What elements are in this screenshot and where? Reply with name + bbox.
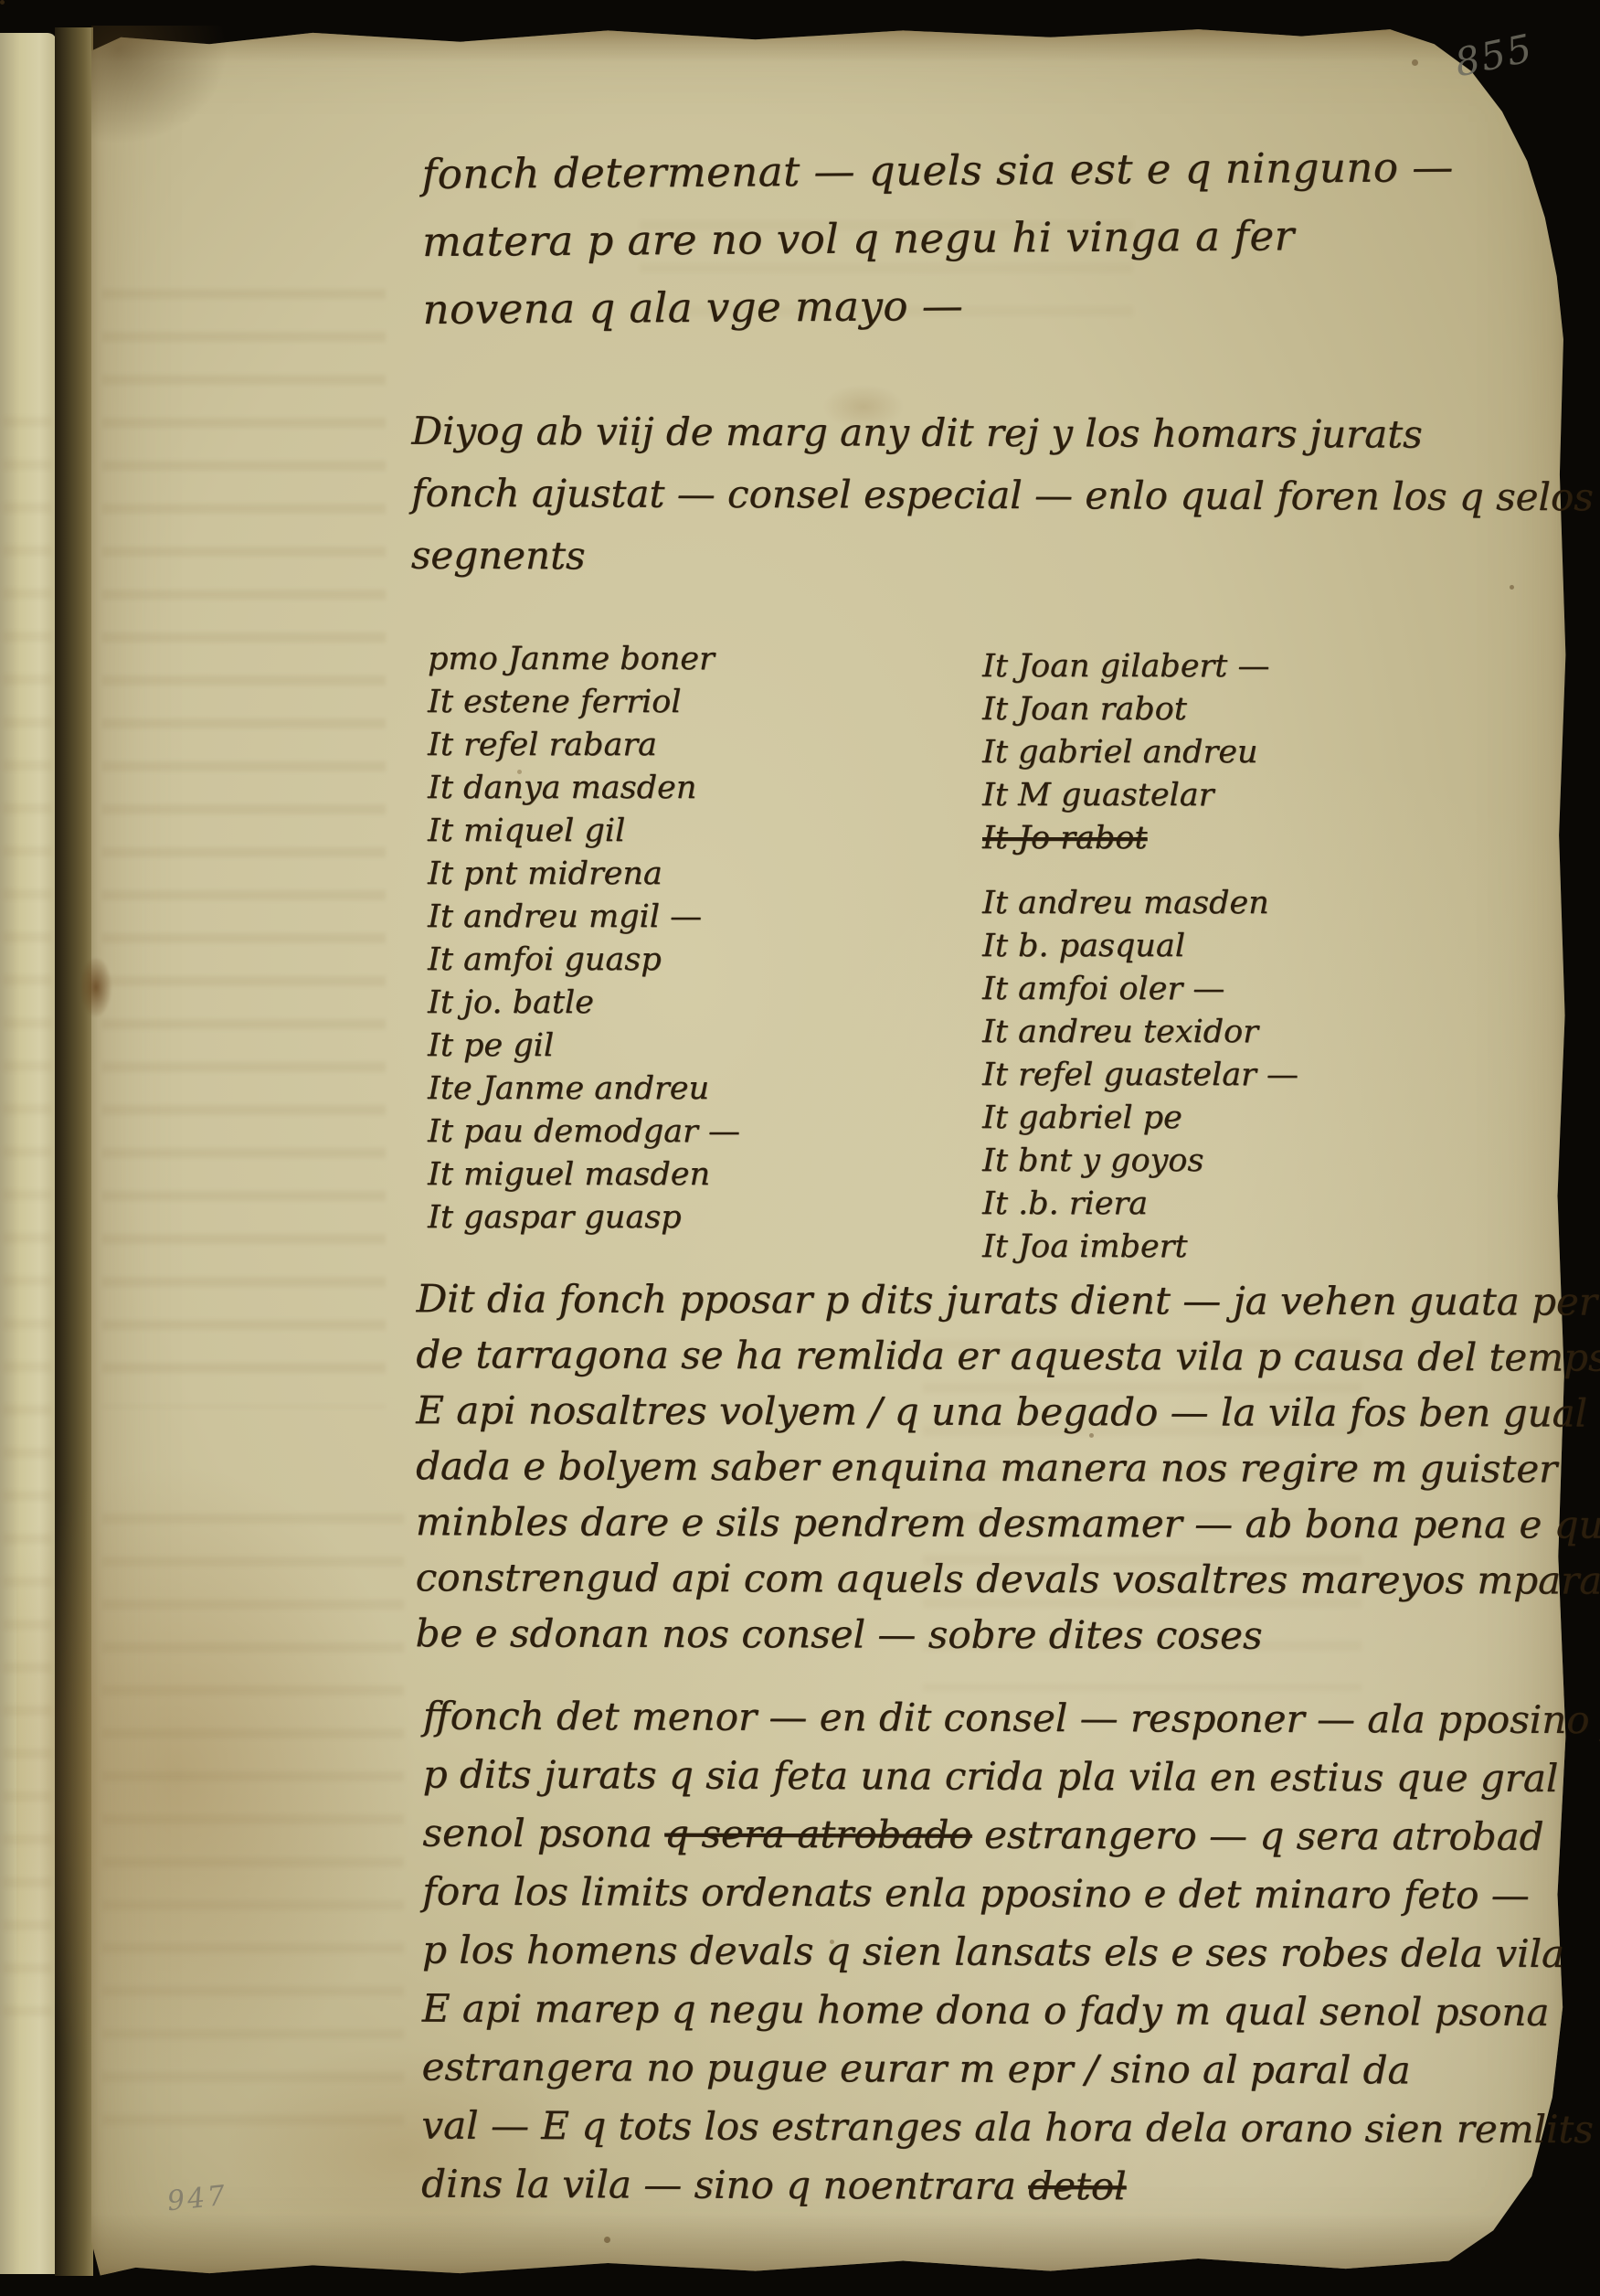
list-item: It pe gil: [428, 1025, 740, 1068]
list-item: It pnt midrena: [428, 853, 740, 896]
paragraph-line: dins la vila — sino q noentrara detol: [421, 2155, 1600, 2218]
heading-block: fonch determenat — quels sia est e q nin…: [421, 133, 1455, 344]
heading-line: novena q ala vge mayo —: [422, 269, 1455, 344]
paragraph-line: be e sdonan nos consel — sobre dites cos…: [415, 1605, 1600, 1664]
paragraph-line: de tarragona se ha remlida er aquesta vi…: [416, 1326, 1600, 1386]
heading-line: fonch determenat — quels sia est e q nin…: [421, 133, 1454, 208]
list-item: It amfoi guasp: [428, 939, 740, 982]
list-item: It b. pasqual: [982, 925, 1298, 968]
list-item: It gabriel andreu: [982, 731, 1298, 774]
intro-line: Diyog ab viij de marg any dit rej y los …: [411, 400, 1594, 467]
list-item: It Joa imbert: [982, 1226, 1298, 1269]
paragraph-line: estrangera no pugue eurar m epr / sino a…: [421, 2038, 1600, 2101]
paragraph-line: dada e bolyem saber enquina manera nos r…: [416, 1438, 1600, 1497]
line-segment: estrangero — q sera atrobad: [972, 1812, 1544, 1859]
list-item: It andreu mgil —: [428, 896, 740, 939]
list-item: It refel guastelar —: [982, 1054, 1298, 1097]
paragraph-line: val — E q tots los estranges ala hora de…: [421, 2097, 1600, 2160]
paragraph-line: E api marep q negu home dona o fady m qu…: [422, 1980, 1600, 2043]
council-list-left-column: pmo Janme boner It estene ferriol It ref…: [428, 638, 740, 1239]
resolution-paragraph: Dit dia fonch pposar p dits jurats dient…: [415, 1270, 1600, 1664]
list-item: It danya masden: [428, 767, 740, 810]
previous-page-edge: [0, 33, 57, 2274]
paragraph-line: fora los limits ordenats enla pposino e …: [422, 1863, 1600, 1926]
list-item: It estene ferriol: [428, 681, 740, 724]
list-item: It gabriel pe: [982, 1097, 1298, 1140]
list-item: It amfoi oler —: [982, 968, 1298, 1011]
list-item: It gaspar guasp: [428, 1196, 740, 1239]
list-item: It pau demodgar —: [428, 1111, 740, 1153]
intro-block: Diyog ab viij de marg any dit rej y los …: [411, 400, 1594, 591]
struck-text: detol: [1028, 2163, 1127, 2208]
list-item: It miquel gil: [428, 810, 740, 853]
list-item: It andreu texidor: [982, 1011, 1298, 1054]
line-segment: senol psona: [422, 1811, 664, 1856]
paper-specks: [0, 0, 5, 5]
binding-gutter: [55, 27, 93, 2276]
list-item: It .b. riera: [982, 1183, 1298, 1226]
list-item: pmo Janme boner: [428, 638, 740, 681]
paragraph-line: p los homens devals q sien lansats els e…: [422, 1921, 1600, 1984]
paragraph-line: p dits jurats q sia feta una crida pla v…: [423, 1746, 1600, 1809]
manuscript-scan: { "document": { "folio_number_top": "855…: [0, 0, 1600, 2296]
paragraph-line: senol psona q sera atrobado estrangero —…: [422, 1804, 1600, 1867]
list-item: It Joan rabot: [982, 688, 1298, 731]
council-list-right-column: It Joan gilabert — It Joan rabot It gabr…: [982, 645, 1298, 1269]
paragraph-line: E api nosaltres volyem / q una begado — …: [416, 1382, 1600, 1441]
intro-line: fonch ajustat — consel especial — enlo q…: [411, 462, 1594, 529]
list-item: It jo. batle: [428, 982, 740, 1025]
heading-line: matera p are no vol q negu hi vinga a fe…: [422, 201, 1455, 276]
paragraph-line: minbles dare e sils pendrem desmamer — a…: [416, 1493, 1600, 1553]
struck-text: q sera atrobado: [664, 1812, 972, 1857]
intro-line: segnents: [411, 525, 1594, 591]
list-item: Ite Janme andreu: [428, 1068, 740, 1111]
paragraph-line: ffonch det menor — en dit consel — respo…: [423, 1687, 1600, 1750]
list-item: It andreu masden: [982, 882, 1298, 925]
response-paragraph: ffonch det menor — en dit consel — respo…: [421, 1687, 1600, 2218]
folio-number-top: 855: [1451, 26, 1537, 86]
list-item: It Jo rabot: [982, 817, 1298, 860]
list-item: It Joan gilabert —: [982, 645, 1298, 688]
line-segment: dins la vila — sino q noentrara: [421, 2162, 1028, 2208]
list-item: It refel rabara: [428, 724, 740, 767]
list-item: It miguel masden: [428, 1153, 740, 1196]
paragraph-line: constrengud api com aquels devals vosalt…: [416, 1549, 1600, 1609]
folio-number-bottom: 947: [165, 2180, 229, 2218]
list-item: It M guastelar: [982, 774, 1298, 817]
list-item: It bnt y goyos: [982, 1140, 1298, 1183]
paragraph-line: Dit dia fonch pposar p dits jurats dient…: [416, 1270, 1600, 1330]
